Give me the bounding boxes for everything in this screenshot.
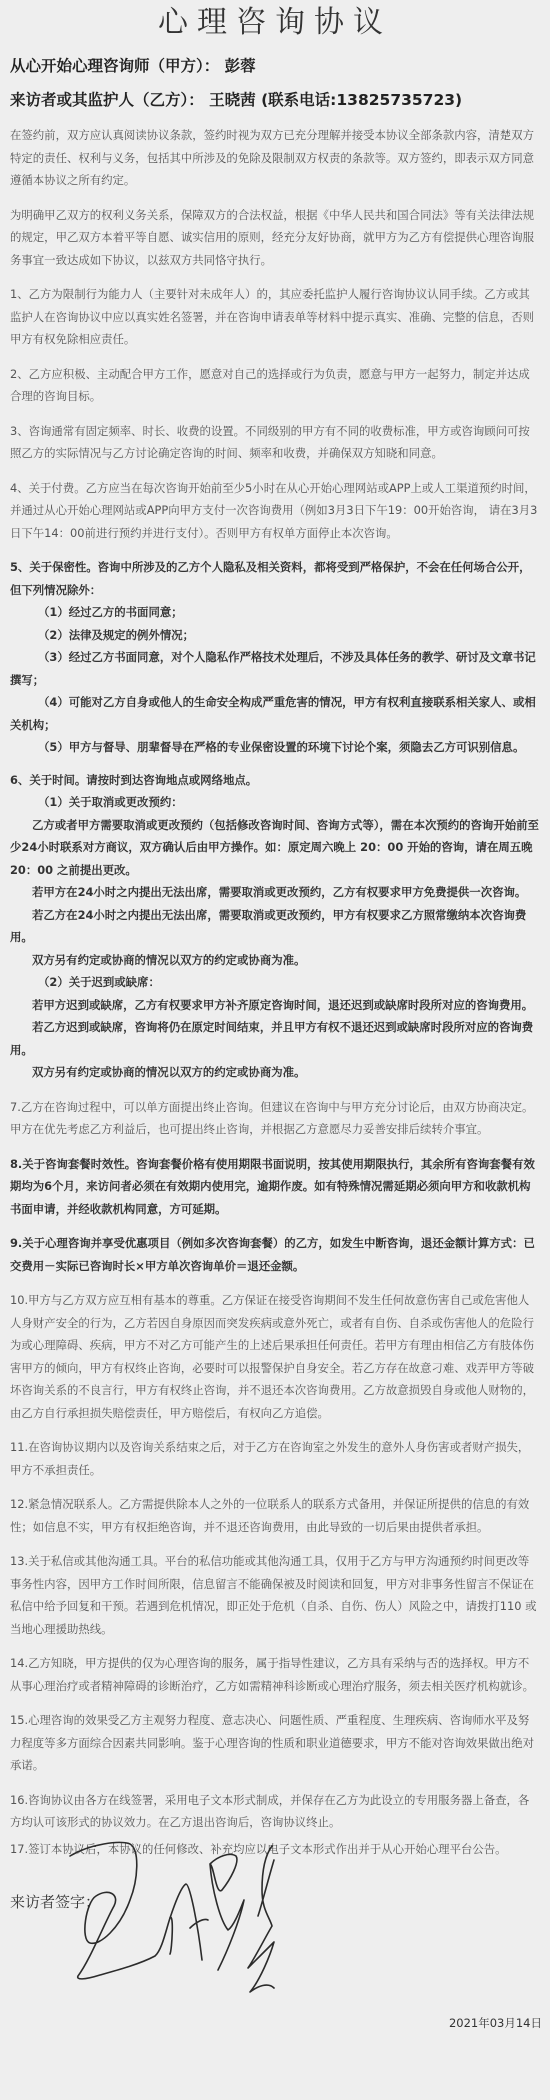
clause-13: 13.关于私信或其他沟通工具。平台的私信功能或其他沟通工具，仅用于乙方与甲方沟通… (10, 1550, 540, 1640)
clause-8: 8.关于咨询套餐时效性。咨询套餐价格有使用期限书面说明，按其使用期限执行，其余所… (10, 1153, 540, 1221)
handwritten-signature (0, 1800, 550, 2010)
clause-6-sub1-title: （1）关于取消或更改预约： (10, 791, 540, 814)
agreement-body: 在签约前，双方应认真阅读协议条款，签约时视为双方已充分理解并接受本协议全部条款内… (0, 124, 550, 1860)
clause-6-sub1-line: 双方另有约定或协商的情况以双方的约定或协商为准。 (10, 949, 540, 972)
clause-5-item: （2）法律及规定的例外情况； (10, 624, 540, 647)
clause-3: 3、咨询通常有固定频率、时长、收费的设置。不同级别的甲方有不同的收费标准，甲方或… (10, 420, 540, 465)
clause-5-item: （5）甲方与督导、朋辈督导在严格的专业保密设置的环境下讨论个案，须隐去乙方可识别… (10, 736, 540, 759)
clause-15: 15.心理咨询的效果受乙方主观努力程度、意志决心、问题性质、严重程度、生理疾病、… (10, 1709, 540, 1777)
party-a-name: 彭蓉 (225, 57, 256, 75)
clause-5-item: （3）经过乙方书面同意，对个人隐私作严格技术处理后，不涉及具体任务的教学、研讨及… (10, 646, 540, 691)
party-b-name: 王晓茜 (209, 91, 256, 109)
party-b-phone-close: ) (455, 91, 462, 109)
clause-7: 7.乙方在咨询过程中，可以单方面提出终止咨询。但建议在咨询中与甲方充分讨论后，由… (10, 1096, 540, 1141)
clause-2: 2、乙方应积极、主动配合甲方工作，愿意对自己的选择或行为负责，愿意与甲方一起努力… (10, 363, 540, 408)
clause-5: 5、关于保密性。咨询中所涉及的乙方个人隐私及相关资料，都将受到严格保护，不会在任… (10, 556, 540, 601)
document-title: 心理咨询协议 (0, 0, 550, 47)
clause-6-sub1-line: 若甲方在24小时之内提出无法出席，需要取消或更改预约，乙方有权要求甲方免费提供一… (10, 881, 540, 904)
party-a-line: 从心开始心理咨询师（甲方）： 彭蓉 (10, 56, 540, 76)
clause-6: 6、关于时间。请按时到达咨询地点或网络地点。 (10, 769, 540, 792)
clause-11: 11.在咨询协议期内以及咨询关系结束之后，对于乙方在咨询室之外发生的意外人身伤害… (10, 1436, 540, 1481)
clause-6-sub2-line: 若甲方迟到或缺席，乙方有权要求甲方补齐原定咨询时间，退还迟到或缺席时段所对应的咨… (10, 994, 540, 1017)
clause-6-sub2-line: 双方另有约定或协商的情况以双方的约定或协商为准。 (10, 1061, 540, 1084)
party-b-phone: 13825735723 (336, 91, 455, 109)
clause-5-item: （4）可能对乙方自身或他人的生命安全构成严重危害的情况，甲方有权利直接联系相关家… (10, 691, 540, 736)
intro-paragraph: 在签约前，双方应认真阅读协议条款，签约时视为双方已充分理解并接受本协议全部条款内… (10, 124, 540, 192)
clause-12: 12.紧急情况联系人。乙方需提供除本人之外的一位联系人的联系方式备用，并保证所提… (10, 1493, 540, 1538)
intro-paragraph: 为明确甲乙双方的权利义务关系，保障双方的合法权益，根据《中华人民共和国合同法》等… (10, 204, 540, 272)
signature-date: 2021年03月14日 (449, 2015, 542, 2031)
clause-10: 10.甲方与乙方双方应互相有基本的尊重。乙方保证在接受咨询期间不发生任何故意伤害… (10, 1289, 540, 1424)
clause-1: 1、乙方为限制行为能力人（主要针对未成年人）的，其应委托监护人履行咨询协议认同手… (10, 283, 540, 351)
clause-6-sub1-line: 若乙方在24小时之内提出无法出席，需要取消或更改预约，甲方有权要求乙方照常缴纳本… (10, 904, 540, 949)
clause-9: 9.关于心理咨询并享受优惠项目（例如多次咨询套餐）的乙方，如发生中断咨询，退还金… (10, 1232, 540, 1277)
party-b-line: 来访者或其监护人（乙方）： 王晓茜 (联系电话:13825735723) (10, 90, 540, 110)
clause-6-sub2-line: 若乙方迟到或缺席，咨询将仍在原定时间结束，并且甲方有权不退还迟到或缺席时段所对应… (10, 1016, 540, 1061)
clause-14: 14.乙方知晓，甲方提供的仅为心理咨询的服务，属于指导性建议，乙方具有采纳与否的… (10, 1652, 540, 1697)
clause-6-sub2-title: （2）关于迟到或缺席： (10, 971, 540, 994)
party-b-label: 来访者或其监护人（乙方）： (10, 91, 204, 109)
party-a-label: 从心开始心理咨询师（甲方）： (10, 57, 219, 75)
clause-6-sub1-line: 乙方或者甲方需要取消或更改预约（包括修改咨询时间、咨询方式等），需在本次预约的咨… (10, 814, 540, 882)
party-b-phone-label: (联系电话: (261, 91, 336, 109)
clause-4: 4、关于付费。乙方应当在每次咨询开始前至少5小时在从心开始心理网站或APP上或人… (10, 477, 540, 545)
clause-5-item: （1）经过乙方的书面同意； (10, 601, 540, 624)
